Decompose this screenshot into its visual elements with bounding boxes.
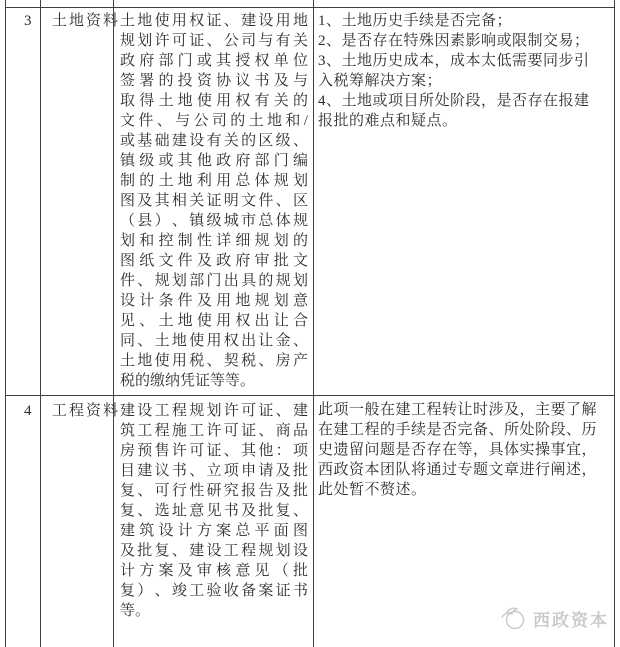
text-line: 计方案及审核意见（批 <box>120 561 308 581</box>
text-line: 报批的难点和疑点。 <box>318 111 610 131</box>
text-line: 筑工程施工许可证、商品 <box>120 421 308 441</box>
row-4-index: 4 <box>24 401 32 421</box>
table-border-col1 <box>40 0 41 647</box>
text-line: （县）、镇级城市总体规 <box>120 211 308 231</box>
text-line: 文件、与公司的土地和/ <box>120 111 308 131</box>
text-line: 及批复、建设工程规划设 <box>120 541 308 561</box>
text-line: 签署的投资协议书及与 <box>120 71 308 91</box>
text-line: 同、土地使用权出让金、 <box>120 331 308 351</box>
text-line: 规划许可证、公司与有关 <box>120 31 308 51</box>
table-border-col3 <box>313 0 314 647</box>
text-line: 土地使用税、契税、房产 <box>120 351 308 371</box>
text-line: 复）、竣工验收备案证书 <box>120 581 308 601</box>
text-line: 此项一般在建工程转让时涉及，主要了解 <box>318 400 610 420</box>
text-line: 政府部门或其授权单位 <box>120 51 308 71</box>
text-line: 或基础建设有关的区级、 <box>120 131 308 151</box>
text-line: 2、是否存在特殊因素影响或限制交易； <box>318 31 610 51</box>
text-line: 目建议书、立项申请及批 <box>120 461 308 481</box>
text-line: 图纸文件及政府审批文 <box>120 251 308 271</box>
text-line: 等。 <box>120 601 308 621</box>
text-line: 设计条件及用地规划意 <box>120 291 308 311</box>
text-line: 建筑设计方案总平面图 <box>120 521 308 541</box>
row-3-category: 土地资料 <box>52 11 112 31</box>
row-4-category: 工程资料 <box>52 401 112 421</box>
text-line: 制的土地利用总体规划 <box>120 171 308 191</box>
text-line: 此处暂不赘述。 <box>318 480 610 500</box>
text-line: 复、可行性研究报告及批 <box>120 481 308 501</box>
text-line: 见、土地使用权出让合 <box>120 311 308 331</box>
row-3-notes-cell: 1、土地历史手续是否完备；2、是否存在特殊因素影响或限制交易；3、土地历史成本，… <box>318 11 610 131</box>
watermark-text: 西政资本 <box>533 606 609 631</box>
text-line: 入税筹解决方案； <box>318 71 610 91</box>
text-line: 建设工程规划许可证、建 <box>120 401 308 421</box>
table-border-row-divider <box>5 395 615 396</box>
row-4-documents-cell: 建设工程规划许可证、建筑工程施工许可证、商品房预售许可证、其他：项目建议书、立项… <box>120 401 308 621</box>
text-line: 复、选址意见书及批复、 <box>120 501 308 521</box>
row-4-notes-cell: 此项一般在建工程转让时涉及，主要了解在建工程的手续是否完备、所处阶段、历史遗留问… <box>318 400 610 500</box>
text-line: 3、土地历史成本，成本太低需要同步引 <box>318 51 610 71</box>
text-line: 在建工程的手续是否完备、所处阶段、历 <box>318 420 610 440</box>
row-3-index: 3 <box>24 11 32 31</box>
text-line: 划和控制性详细规划的 <box>120 231 308 251</box>
table-border-col2 <box>113 0 114 647</box>
text-line: 土地使用权证、建设用地 <box>120 11 308 31</box>
table-border-right <box>614 0 615 647</box>
text-line: 件、规划部门出具的规划 <box>120 271 308 291</box>
swallow-circle-logo-icon <box>500 604 528 632</box>
watermark: 西政资本 <box>500 604 609 632</box>
table-border-row-top <box>5 7 615 8</box>
text-line: 镇级或其他政府部门编 <box>120 151 308 171</box>
text-line: 1、土地历史手续是否完备； <box>318 11 610 31</box>
text-line: 图及其相关证明文件、区 <box>120 191 308 211</box>
text-line: 税的缴纳凭证等等。 <box>120 371 308 391</box>
text-line: 取得土地使用权有关的 <box>120 91 308 111</box>
document-table-page: 3 土地资料 土地使用权证、建设用地规划许可证、公司与有关政府部门或其授权单位签… <box>0 0 620 647</box>
text-line: 史遗留问题是否存在等，具体实操事宜， <box>318 440 610 460</box>
table-border-left <box>5 0 6 647</box>
text-line: 房预售许可证、其他：项 <box>120 441 308 461</box>
text-line: 4、土地或项目所处阶段，是否存在报建 <box>318 91 610 111</box>
row-3-documents-cell: 土地使用权证、建设用地规划许可证、公司与有关政府部门或其授权单位签署的投资协议书… <box>120 11 308 391</box>
text-line: 西政资本团队将通过专题文章进行阐述， <box>318 460 610 480</box>
